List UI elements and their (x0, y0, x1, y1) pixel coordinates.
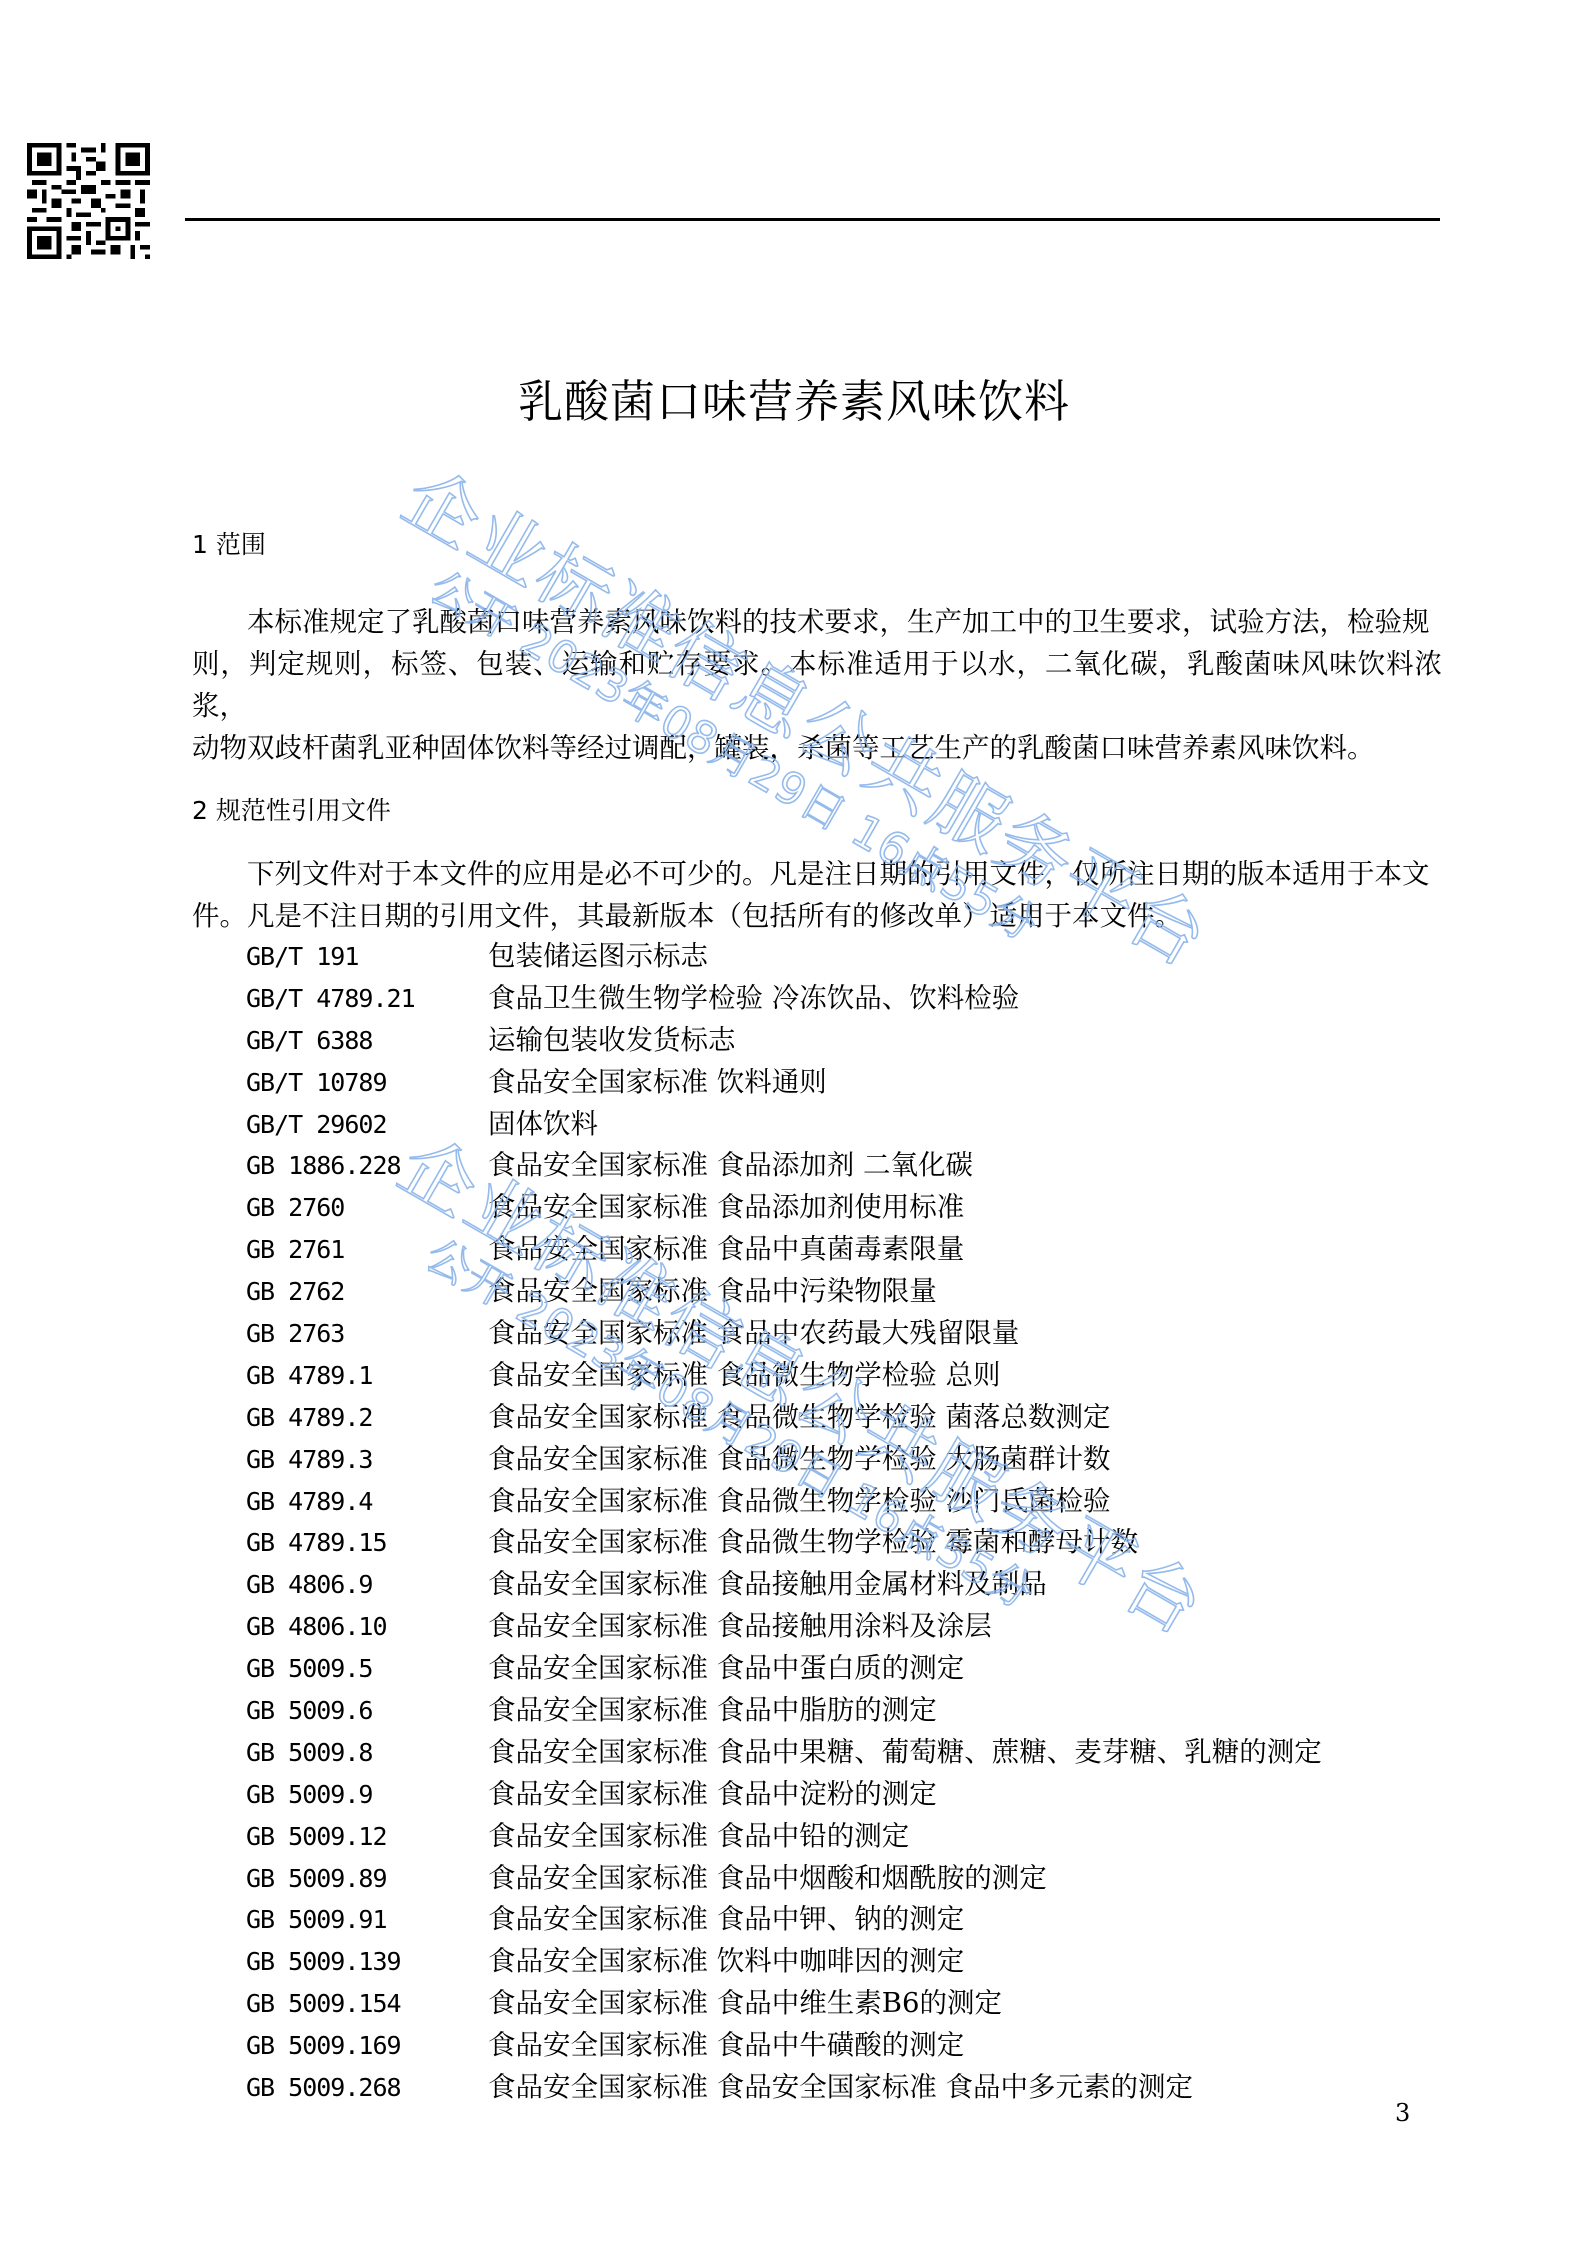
reference-row: GB/T 10789食品安全国家标准 饮料通则 (246, 1062, 1446, 1104)
reference-title: 食品安全国家标准 食品中维生素B6的测定 (488, 1983, 1002, 2025)
reference-row: GB 5009.169食品安全国家标准 食品中牛磺酸的测定 (246, 2025, 1446, 2067)
reference-code: GB 5009.268 (246, 2067, 401, 2109)
reference-title: 食品安全国家标准 食品安全国家标准 食品中多元素的测定 (488, 2067, 1193, 2109)
reference-code: GB 4789.1 (246, 1355, 372, 1397)
reference-row: GB 2762食品安全国家标准 食品中污染物限量 (246, 1271, 1446, 1313)
reference-title: 食品安全国家标准 食品微生物学检验 总则 (488, 1355, 1000, 1397)
reference-code: GB 5009.12 (246, 1816, 387, 1858)
reference-title: 食品安全国家标准 食品中铅的测定 (488, 1816, 909, 1858)
reference-row: GB 4806.10食品安全国家标准 食品接触用涂料及涂层 (246, 1606, 1446, 1648)
reference-code: GB 4789.3 (246, 1439, 372, 1481)
reference-title: 食品安全国家标准 饮料中咖啡因的测定 (488, 1941, 964, 1983)
reference-code: GB 5009.154 (246, 1983, 401, 2025)
reference-title: 食品安全国家标准 食品微生物学检验 霉菌和酵母计数 (488, 1522, 1138, 1564)
paragraph-line: 件。凡是不注日期的引用文件，其最新版本（包括所有的修改单）适用于本文件。 (192, 895, 1442, 937)
paragraph-line: 下列文件对于本文件的应用是必不可少的。凡是注日期的引用文件，仅所注日期的版本适用… (192, 853, 1442, 895)
reference-title: 食品安全国家标准 食品中牛磺酸的测定 (488, 2025, 964, 2067)
reference-row: GB 2760食品安全国家标准 食品添加剂使用标准 (246, 1187, 1446, 1229)
normative-references-paragraph: 下列文件对于本文件的应用是必不可少的。凡是注日期的引用文件，仅所注日期的版本适用… (192, 853, 1442, 937)
section-heading-normative-references: 2 规范性引用文件 (192, 796, 391, 826)
reference-code: GB 4789.15 (246, 1522, 387, 1564)
reference-title: 食品安全国家标准 食品中钾、钠的测定 (488, 1899, 964, 1941)
reference-title: 食品安全国家标准 食品添加剂 二氧化碳 (488, 1145, 973, 1187)
reference-row: GB 5009.139食品安全国家标准 饮料中咖啡因的测定 (246, 1941, 1446, 1983)
reference-code: GB 5009.9 (246, 1774, 372, 1816)
header-rule (185, 218, 1440, 221)
reference-code: GB 2762 (246, 1271, 344, 1313)
reference-code: GB 5009.91 (246, 1899, 387, 1941)
reference-row: GB 5009.91食品安全国家标准 食品中钾、钠的测定 (246, 1899, 1446, 1941)
paragraph-line: 则，判定规则，标签、包装、运输和贮存要求。本标准适用于以水，二氧化碳，乳酸菌味风… (192, 643, 1442, 727)
reference-code: GB/T 29602 (246, 1104, 387, 1146)
reference-row: GB/T 4789.21食品卫生微生物学检验 冷冻饮品、饮料检验 (246, 978, 1446, 1020)
reference-row: GB 4789.4食品安全国家标准 食品微生物学检验 沙门氏菌检验 (246, 1481, 1446, 1523)
reference-code: GB 2760 (246, 1187, 344, 1229)
reference-row: GB 4806.9食品安全国家标准 食品接触用金属材料及制品 (246, 1564, 1446, 1606)
reference-code: GB/T 191 (246, 936, 358, 978)
reference-title: 固体饮料 (488, 1104, 598, 1146)
reference-code: GB 4806.9 (246, 1564, 372, 1606)
reference-title: 运输包装收发货标志 (488, 1020, 736, 1062)
reference-row: GB 4789.2食品安全国家标准 食品微生物学检验 菌落总数测定 (246, 1397, 1446, 1439)
reference-code: GB 2761 (246, 1229, 344, 1271)
reference-title: 食品安全国家标准 食品中果糖、葡萄糖、蔗糖、麦芽糖、乳糖的测定 (488, 1732, 1322, 1774)
reference-code: GB 5009.89 (246, 1858, 387, 1900)
reference-code: GB 2763 (246, 1313, 344, 1355)
reference-title: 食品安全国家标准 食品微生物学检验 菌落总数测定 (488, 1397, 1110, 1439)
reference-code: GB 4789.4 (246, 1481, 372, 1523)
reference-row: GB 2763食品安全国家标准 食品中农药最大残留限量 (246, 1313, 1446, 1355)
qr-code-icon (27, 143, 150, 259)
reference-title: 食品安全国家标准 食品中淀粉的测定 (488, 1774, 937, 1816)
reference-title: 食品安全国家标准 食品接触用涂料及涂层 (488, 1606, 992, 1648)
reference-code: GB/T 4789.21 (246, 978, 415, 1020)
reference-row: GB 4789.3食品安全国家标准 食品微生物学检验 大肠菌群计数 (246, 1439, 1446, 1481)
paragraph-line: 动物双歧杆菌乳亚种固体饮料等经过调配，罐装，杀菌等工艺生产的乳酸菌口味营养素风味… (192, 727, 1442, 769)
reference-code: GB 1886.228 (246, 1145, 401, 1187)
reference-title: 食品安全国家标准 食品中真菌毒素限量 (488, 1229, 964, 1271)
reference-code: GB 5009.8 (246, 1732, 372, 1774)
reference-row: GB 5009.6食品安全国家标准 食品中脂肪的测定 (246, 1690, 1446, 1732)
document-title: 乳酸菌口味营养素风味饮料 (0, 372, 1588, 432)
section-heading-scope: 1 范围 (192, 530, 266, 560)
reference-title: 食品安全国家标准 食品中烟酸和烟酰胺的测定 (488, 1858, 1047, 1900)
reference-row: GB 5009.5食品安全国家标准 食品中蛋白质的测定 (246, 1648, 1446, 1690)
scope-paragraph: 本标准规定了乳酸菌口味营养素风味饮料的技术要求，生产加工中的卫生要求，试验方法，… (192, 601, 1442, 769)
reference-code: GB/T 10789 (246, 1062, 387, 1104)
reference-row: GB 5009.89食品安全国家标准 食品中烟酸和烟酰胺的测定 (246, 1858, 1446, 1900)
reference-title: 食品安全国家标准 食品微生物学检验 大肠菌群计数 (488, 1439, 1110, 1481)
reference-title: 食品安全国家标准 食品接触用金属材料及制品 (488, 1564, 1047, 1606)
reference-row: GB/T 29602固体饮料 (246, 1104, 1446, 1146)
reference-row: GB 5009.9食品安全国家标准 食品中淀粉的测定 (246, 1774, 1446, 1816)
reference-code: GB/T 6388 (246, 1020, 372, 1062)
reference-code: GB 5009.139 (246, 1941, 401, 1983)
reference-row: GB 5009.12食品安全国家标准 食品中铅的测定 (246, 1816, 1446, 1858)
reference-row: GB 4789.1食品安全国家标准 食品微生物学检验 总则 (246, 1355, 1446, 1397)
reference-row: GB/T 6388运输包装收发货标志 (246, 1020, 1446, 1062)
paragraph-line: 本标准规定了乳酸菌口味营养素风味饮料的技术要求，生产加工中的卫生要求，试验方法，… (192, 601, 1442, 643)
reference-code: GB 5009.169 (246, 2025, 401, 2067)
reference-row: GB 2761食品安全国家标准 食品中真菌毒素限量 (246, 1229, 1446, 1271)
reference-row: GB 4789.15食品安全国家标准 食品微生物学检验 霉菌和酵母计数 (246, 1522, 1446, 1564)
reference-title: 食品安全国家标准 食品中污染物限量 (488, 1271, 937, 1313)
page-number: 3 (1395, 2098, 1410, 2128)
reference-title: 食品安全国家标准 食品微生物学检验 沙门氏菌检验 (488, 1481, 1110, 1523)
reference-row: GB 5009.8食品安全国家标准 食品中果糖、葡萄糖、蔗糖、麦芽糖、乳糖的测定 (246, 1732, 1446, 1774)
reference-code: GB 5009.5 (246, 1648, 372, 1690)
reference-title: 食品安全国家标准 食品中蛋白质的测定 (488, 1648, 964, 1690)
reference-row: GB 5009.268食品安全国家标准 食品安全国家标准 食品中多元素的测定 (246, 2067, 1446, 2109)
reference-code: GB 4806.10 (246, 1606, 387, 1648)
reference-title: 食品安全国家标准 食品添加剂使用标准 (488, 1187, 964, 1229)
reference-title: 食品安全国家标准 饮料通则 (488, 1062, 827, 1104)
reference-row: GB 5009.154食品安全国家标准 食品中维生素B6的测定 (246, 1983, 1446, 2025)
reference-list: GB/T 191包装储运图示标志 GB/T 4789.21食品卫生微生物学检验 … (246, 936, 1446, 2109)
reference-code: GB 5009.6 (246, 1690, 372, 1732)
reference-row: GB 1886.228食品安全国家标准 食品添加剂 二氧化碳 (246, 1145, 1446, 1187)
reference-code: GB 4789.2 (246, 1397, 372, 1439)
reference-title: 食品卫生微生物学检验 冷冻饮品、饮料检验 (488, 978, 1019, 1020)
reference-row: GB/T 191包装储运图示标志 (246, 936, 1446, 978)
reference-title: 包装储运图示标志 (488, 936, 708, 978)
reference-title: 食品安全国家标准 食品中脂肪的测定 (488, 1690, 937, 1732)
reference-title: 食品安全国家标准 食品中农药最大残留限量 (488, 1313, 1019, 1355)
